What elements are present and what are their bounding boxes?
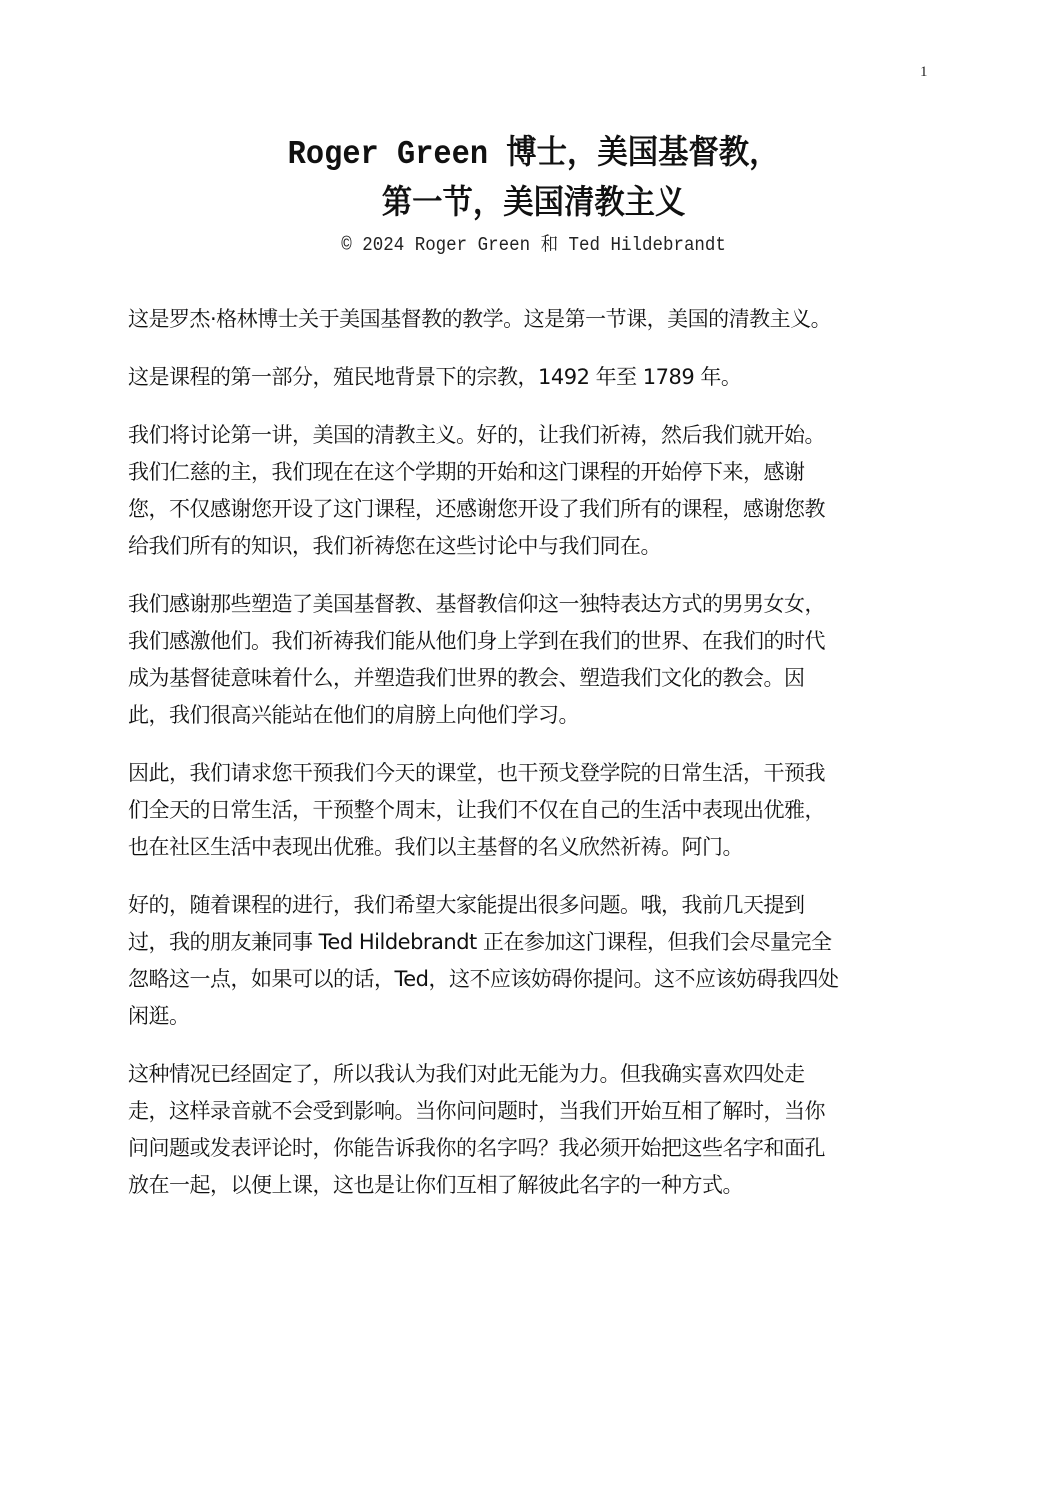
text-line: 这是罗杰·格林博士关于美国基督教的教学。这是第一节课，美国的清教主义。: [128, 301, 928, 338]
text-line: 此，我们很高兴能站在他们的肩膀上向他们学习。: [128, 697, 928, 734]
text-line: 过，我的朋友兼同事 Ted Hildebrandt 正在参加这门课程，但我们会尽…: [128, 924, 928, 961]
page-number: 1: [920, 64, 928, 81]
paragraph-intro: 这是罗杰·格林博士关于美国基督教的教学。这是第一节课，美国的清教主义。: [128, 301, 928, 338]
text-line: 我们将讨论第一讲，美国的清教主义。好的，让我们祈祷，然后我们就开始。: [128, 417, 928, 454]
text-line: 这是课程的第一部分，殖民地背景下的宗教，1492 年至 1789 年。: [128, 359, 928, 396]
text-line: 放在一起，以便上课，这也是让你们互相了解彼此名字的一种方式。: [128, 1167, 928, 1204]
paragraph-prayer-opening: 我们将讨论第一讲，美国的清教主义。好的，让我们祈祷，然后我们就开始。 我们仁慈的…: [128, 417, 928, 565]
paragraph-prayer-closing: 因此，我们请求您干预我们今天的课堂，也干预戈登学院的日常生活，干预我 们全天的日…: [128, 755, 928, 866]
text-line: 因此，我们请求您干预我们今天的课堂，也干预戈登学院的日常生活，干预我: [128, 755, 928, 792]
copyright-notice: © 2024 Roger Green 和 Ted Hildebrandt: [42, 232, 1015, 258]
document-title-line-1: Roger Green 博士，美国基督教，: [42, 130, 1015, 180]
paragraph-gratitude: 我们感谢那些塑造了美国基督教、基督教信仰这一独特表达方式的男男女女， 我们感激他…: [128, 586, 928, 734]
text-line: 好的，随着课程的进行，我们希望大家能提出很多问题。哦，我前几天提到: [128, 887, 928, 924]
text-line: 们全天的日常生活，干预整个周末，让我们不仅在自己的生活中表现出优雅，: [128, 792, 928, 829]
document-header: Roger Green 博士，美国基督教， 第一节，美国清教主义 © 2024 …: [0, 130, 1058, 258]
paragraph-names: 这种情况已经固定了，所以我认为我们对此无能为力。但我确实喜欢四处走 走，这样录音…: [128, 1056, 928, 1204]
paragraph-course-part: 这是课程的第一部分，殖民地背景下的宗教，1492 年至 1789 年。: [128, 359, 928, 396]
text-line: 也在社区生活中表现出优雅。我们以主基督的名义欣然祈祷。阿门。: [128, 829, 928, 866]
text-line: 给我们所有的知识，我们祈祷您在这些讨论中与我们同在。: [128, 528, 928, 565]
text-line: 成为基督徒意味着什么，并塑造我们世界的教会、塑造我们文化的教会。因: [128, 660, 928, 697]
text-line: 忽略这一点，如果可以的话，Ted，这不应该妨碍你提问。这不应该妨碍我四处: [128, 961, 928, 998]
document-title-line-2: 第一节，美国清教主义: [42, 180, 1015, 230]
text-line: 我们感谢那些塑造了美国基督教、基督教信仰这一独特表达方式的男男女女，: [128, 586, 928, 623]
text-line: 我们仁慈的主，我们现在在这个学期的开始和这门课程的开始停下来，感谢: [128, 454, 928, 491]
text-line: 我们感激他们。我们祈祷我们能从他们身上学到在我们的世界、在我们的时代: [128, 623, 928, 660]
text-line: 这种情况已经固定了，所以我认为我们对此无能为力。但我确实喜欢四处走: [128, 1056, 928, 1093]
document-body: 这是罗杰·格林博士关于美国基督教的教学。这是第一节课，美国的清教主义。 这是课程…: [128, 301, 928, 1225]
text-line: 走，这样录音就不会受到影响。当你问问题时，当我们开始互相了解时，当你: [128, 1093, 928, 1130]
text-line: 闲逛。: [128, 998, 928, 1035]
text-line: 您，不仅感谢您开设了这门课程，还感谢您开设了我们所有的课程，感谢您教: [128, 491, 928, 528]
paragraph-questions: 好的，随着课程的进行，我们希望大家能提出很多问题。哦，我前几天提到 过，我的朋友…: [128, 887, 928, 1035]
text-line: 问问题或发表评论时，你能告诉我你的名字吗？我必须开始把这些名字和面孔: [128, 1130, 928, 1167]
